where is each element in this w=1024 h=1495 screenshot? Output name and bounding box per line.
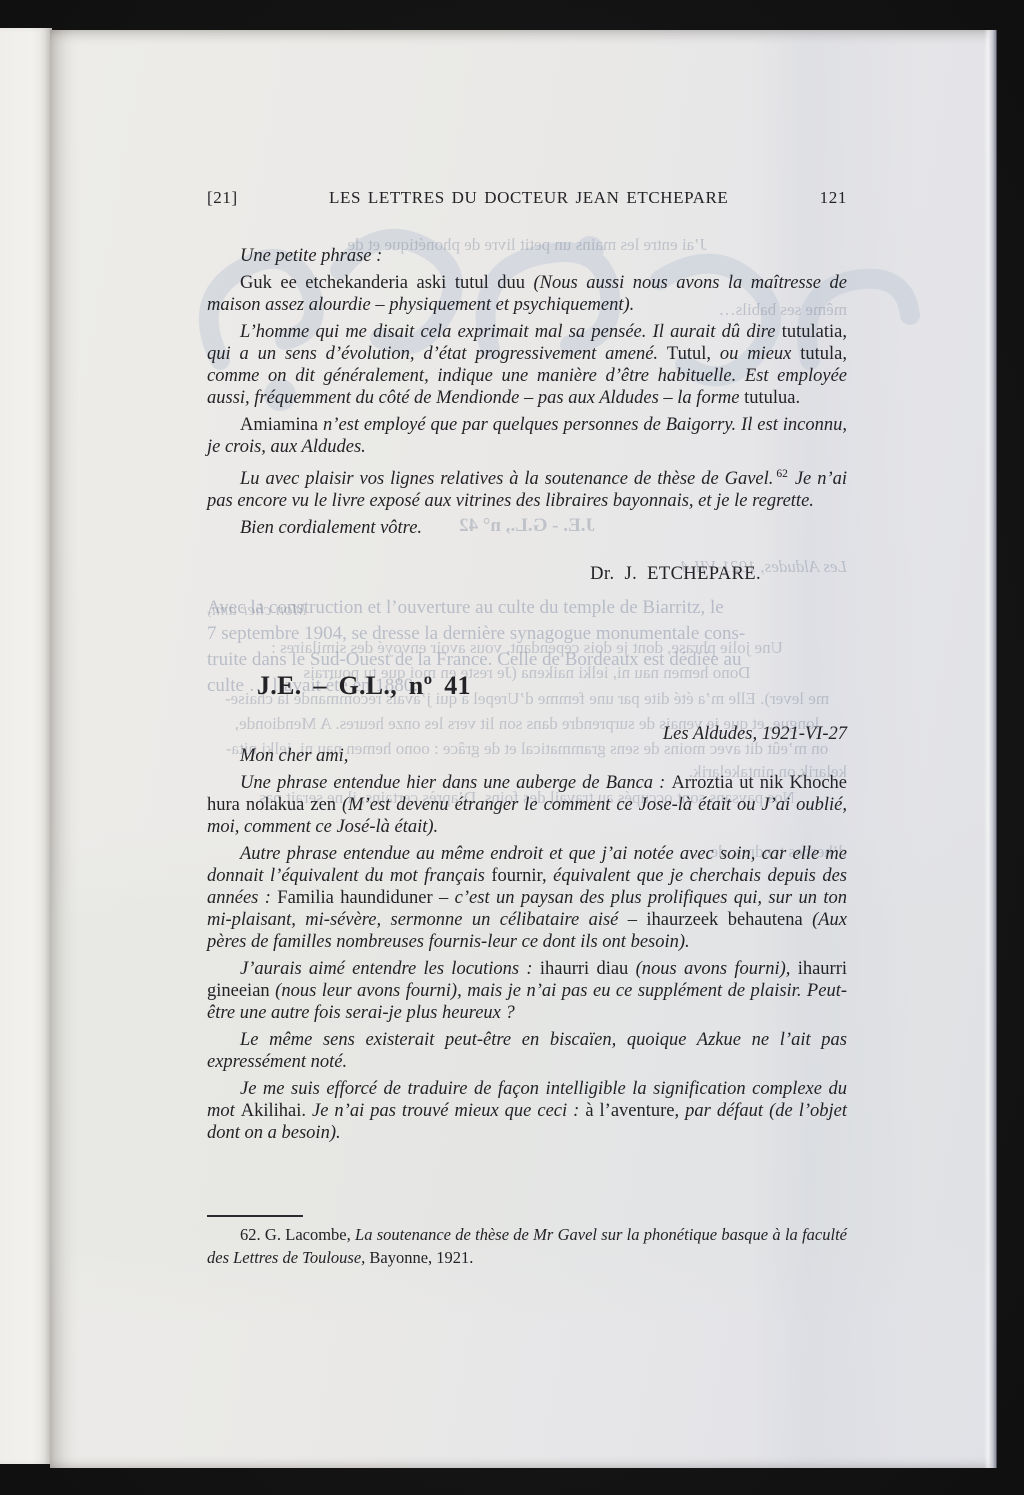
para: Guk ee etchekanderia aski tutul duu (Nou… [207, 272, 847, 316]
salutation: Mon cher ami, [207, 745, 847, 767]
page-number: 121 [820, 188, 847, 208]
para: Je me suis efforcé de traduire de façon … [207, 1078, 847, 1144]
para: Une petite phrase : [207, 245, 847, 267]
text-run: 62. G. Lacombe, [240, 1225, 355, 1244]
para: J’aurais aimé entendre les locutions : i… [207, 958, 847, 1024]
text-run: Le même sens existerait peut-être en bis… [207, 1030, 847, 1072]
footnote-rule [207, 1215, 303, 1217]
text-run: 62 [776, 468, 788, 480]
text-run: Je n’ai pas trouvé mieux que ceci : [306, 1101, 585, 1121]
dateline: Les Aldudes, 1921-VI-27 [207, 723, 847, 745]
text-run: J’aurais aimé entendre les locutions : [240, 959, 540, 979]
text-run: qui a un sens d’évolution, d’état progre… [207, 344, 667, 364]
text-run: L’homme qui me disait cela exprimait mal… [240, 322, 782, 342]
para: Autre phrase entendue au même endroit et… [207, 843, 847, 953]
para: Bien cordialement vôtre. [207, 517, 847, 539]
page-content: [21] LES LETTRES DU DOCTEUR JEAN ETCHEPA… [207, 188, 847, 1149]
text-run: à l’aventure, [585, 1101, 679, 1121]
text-run: Bayonne, 1921. [369, 1248, 473, 1267]
running-title: LES LETTRES DU DOCTEUR JEAN ETCHEPARE [329, 188, 728, 208]
text-run: ihaurzeek behautena [646, 910, 802, 930]
text-run: tutula, [800, 344, 847, 364]
text-run: Une petite phrase : [240, 246, 382, 266]
underlying-page-edge [0, 28, 52, 1464]
footnote-text: 62. G. Lacombe, La soutenance de thèse d… [207, 1223, 847, 1269]
text-run: (nous leur avons fourni), mais je n’ai p… [207, 981, 847, 1023]
margin-leaf-number: [21] [207, 188, 238, 208]
para: Le même sens existerait peut-être en bis… [207, 1029, 847, 1073]
footnote: 62. G. Lacombe, La soutenance de thèse d… [207, 1215, 847, 1269]
text-run: Une phrase entendue hier dans une auberg… [240, 773, 671, 793]
heading: J.E. – G.L., nº 41 [207, 671, 847, 701]
text-run: (nous avons fourni), [628, 959, 797, 979]
para: Une phrase entendue hier dans une auberg… [207, 772, 847, 838]
text-run: fournir, [491, 866, 546, 886]
text-run: Bien cordialement vôtre. [240, 518, 422, 538]
text-run: Tutul, [667, 344, 711, 364]
text-run: ou mieux [711, 344, 800, 364]
photo-background: Avec la construction et l’ouverture au c… [0, 0, 1024, 1495]
text-run: Familia haundiduner [277, 888, 432, 908]
para: Amiamina n’est employé que par quelques … [207, 414, 847, 458]
signature: Dr. J. ETCHEPARE. [207, 563, 847, 585]
text-run: Lu avec plaisir vos lignes relatives à l… [240, 469, 773, 489]
text-run: tutulatia, [782, 322, 847, 342]
letter-body: Une petite phrase :Guk ee etchekanderia … [207, 245, 847, 1144]
text-run: Guk ee etchekanderia aski tutul duu [240, 273, 534, 293]
para: Lu avec plaisir vos lignes relatives à l… [207, 463, 847, 512]
text-run: Amiamina [240, 415, 323, 435]
page-header: [21] LES LETTRES DU DOCTEUR JEAN ETCHEPA… [207, 188, 847, 208]
text-run: Akilihai. [241, 1101, 306, 1121]
book-page: Avec la construction et l’ouverture au c… [50, 30, 997, 1468]
page-right-edge [984, 30, 997, 1468]
text-run: ihaurri diau [540, 959, 628, 979]
para: L’homme qui me disait cela exprimait mal… [207, 321, 847, 409]
text-run: tutulua. [744, 388, 800, 408]
